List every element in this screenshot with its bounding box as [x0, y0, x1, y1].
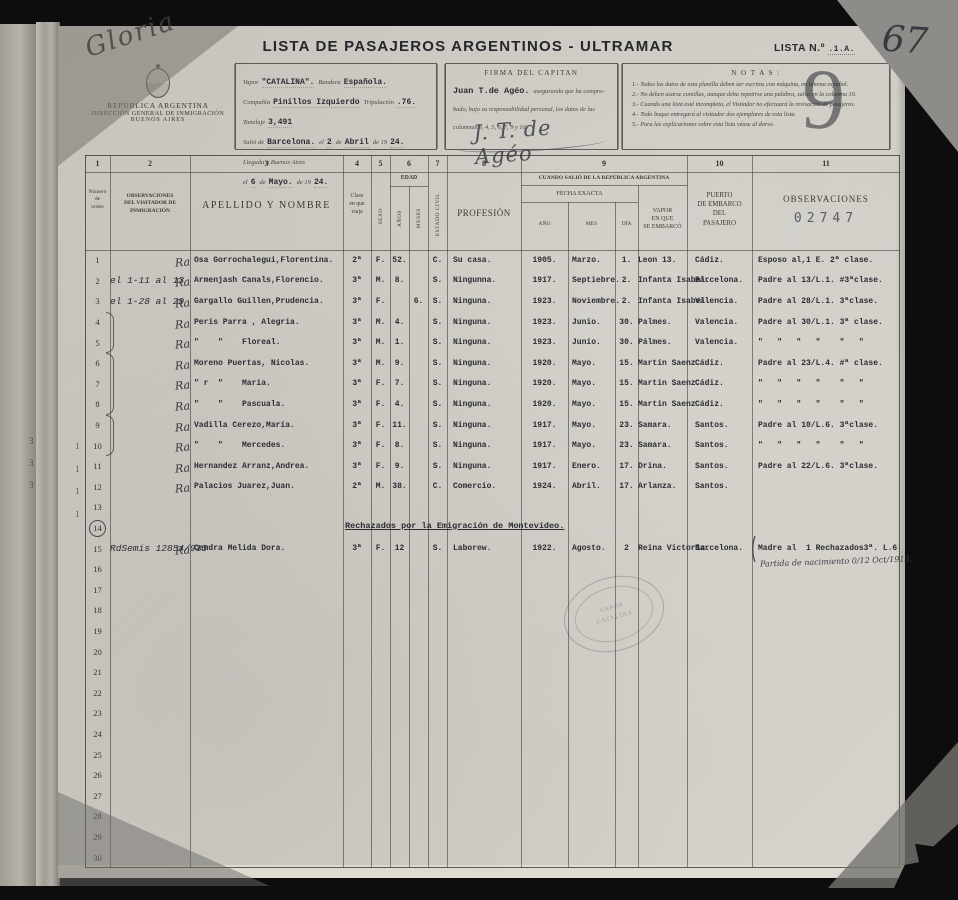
table-row: 17 — [85, 580, 900, 601]
passenger-name: RaArmenjash Canals,Florencio. — [190, 276, 343, 285]
table-row: 15RdSemis 12854/913RaCendra Melida Dora.… — [85, 538, 900, 559]
cell-anos: 9. — [390, 359, 409, 368]
header-estado: ESTADO CIVIL — [428, 183, 447, 247]
cell-observaciones: " " " " " " — [752, 379, 900, 388]
cell-mes: Enero. — [568, 462, 615, 471]
cell-clase: 3ª — [343, 400, 371, 409]
passenger-name-text: Cendra Melida Dora. — [194, 544, 285, 553]
cell-ano: 1923. — [521, 318, 568, 327]
cell-mes: Mayo. — [568, 359, 615, 368]
cell-anos: 1. — [390, 338, 409, 347]
cell-estado: S. — [428, 379, 447, 388]
table-row: 29 — [85, 827, 900, 848]
table-row: 12RaPalacios Juarez,Juan.2ªM.38.C.Comerc… — [85, 477, 900, 498]
cell-sexo: F. — [371, 421, 390, 430]
margin-digit: 3 — [29, 458, 34, 468]
visitador-mark: Ra — [174, 543, 190, 558]
cell-sexo: F. — [371, 379, 390, 388]
header-puerto: PUERTO DE EMBARCO DEL PASAJERO — [687, 191, 752, 228]
cell-dia: 2. — [615, 297, 638, 306]
cell-observaciones: " " " " " " — [752, 338, 900, 347]
cell-estado: S. — [428, 297, 447, 306]
col-number-5: 5 — [371, 159, 390, 168]
row-number-text: 26 — [93, 770, 102, 780]
cell-puerto: Santos. — [687, 421, 752, 430]
cell-anos: 12 — [390, 544, 409, 553]
row-number-text: 1 — [95, 255, 99, 265]
cell-dia: 1. — [615, 256, 638, 265]
book-binding — [36, 22, 60, 886]
row-number-text: 15 — [93, 544, 102, 554]
ship-info-line: Salió deBarcelona.el2deAbrilde 1924. — [243, 131, 429, 149]
margin-digit: 1 — [75, 486, 80, 496]
margin-digit: 1 — [75, 509, 80, 519]
cell-mes: Junio. — [568, 318, 615, 327]
table-row: 18 — [85, 600, 900, 621]
col-number-4: 4 — [343, 159, 371, 168]
header-edad: EDAD — [390, 175, 428, 183]
cell-sexo: F. — [371, 256, 390, 265]
cell-clase: 3ª — [343, 338, 371, 347]
header-anos: AÑOS — [390, 189, 409, 247]
header-fecha-exacta: FECHA EXACTA — [521, 190, 638, 198]
col-number-11: 11 — [752, 159, 900, 168]
table-row: 26 — [85, 765, 900, 786]
cell-vapor: Drina. — [638, 462, 687, 471]
cell-ano: 1920. — [521, 379, 568, 388]
row-number-text: 17 — [93, 585, 102, 595]
observaciones-text: " " " " " " — [758, 379, 864, 388]
cell-sexo: M. — [371, 276, 390, 285]
cell-mes: Noviembre. — [568, 297, 615, 306]
row-number: 14 — [85, 520, 110, 537]
cell-estado: S. — [428, 318, 447, 327]
row-number-text: 8 — [95, 399, 99, 409]
cell-mes: Mayo. — [568, 400, 615, 409]
table-row: 25 — [85, 744, 900, 765]
cell-anos: 7. — [390, 379, 409, 388]
ship-info-line: Tonelaje3,491 — [243, 111, 429, 129]
cell-mes: Junio. — [568, 338, 615, 347]
header-dia: DÍA — [615, 221, 638, 228]
col-number-1: 1 — [85, 159, 110, 168]
cell-puerto: Cádiz. — [687, 379, 752, 388]
ship-field-label: Tripulación — [364, 99, 394, 106]
table-row: 20 — [85, 641, 900, 662]
cell-clase: 3ª — [343, 318, 371, 327]
cell-profesion: Su casa. — [447, 256, 521, 265]
passenger-name: RaGargallo Guillen,Prudencia. — [190, 297, 343, 306]
cell-clase: 3ª — [343, 379, 371, 388]
row-number-text: 7 — [95, 379, 99, 389]
row-number-text: 9 — [95, 420, 99, 430]
cell-clase: 3ª — [343, 297, 371, 306]
cell-ano: 1920. — [521, 359, 568, 368]
cell-estado: S. — [428, 544, 447, 553]
cell-observaciones: Padre al 28/L.1. 3ªclase. — [752, 297, 900, 306]
cell-dia: 2. — [615, 276, 638, 285]
observaciones-text: " " " " " " — [758, 338, 864, 347]
visitador-mark: Ra — [174, 358, 190, 373]
ship-field-label: Salió de — [243, 139, 264, 146]
cell-observaciones: Padre al 13/L.1. #3ªclase. — [752, 276, 900, 285]
visitador-mark: Ra — [174, 461, 190, 476]
row-number: 16 — [85, 564, 110, 574]
header-observaciones: OBSERVACIONES — [752, 193, 900, 205]
row-number: 19 — [85, 626, 110, 636]
ship-info-box: Vapor"CATALINA".BanderaEspañola.Compañía… — [235, 63, 437, 150]
handwritten-page-number: 67 — [881, 18, 930, 62]
cell-anos: 8. — [390, 441, 409, 450]
cell-dia: 2 — [615, 544, 638, 553]
page-title: LISTA DE PASAJEROS ARGENTINOS - ULTRAMAR — [188, 38, 748, 55]
passenger-name-text: " r " Maria. — [194, 379, 271, 388]
table-row: 9RaVadilla Cerezo,María.3ªF.11.S.Ninguna… — [85, 415, 900, 436]
ship-field-label: Compañía — [243, 99, 270, 106]
ship-field-value: .76. — [397, 98, 416, 108]
row-number-text: 23 — [93, 708, 102, 718]
cell-observaciones: Padre al 30/L.1. 3ª clase. — [752, 318, 900, 327]
table-row: 27 — [85, 785, 900, 806]
table-row: 6RaMoreno Puertas, Nicolas.3ªM.9.S.Ningu… — [85, 353, 900, 374]
table-rows: 1RaOsa Gorrochalegui,Florentina.2ªF.52.C… — [85, 250, 900, 868]
table-row: 3el 1-28 al 29RaGargallo Guillen,Prudenc… — [85, 291, 900, 312]
family-group-bracket — [106, 415, 114, 456]
cell-vapor: Samara. — [638, 421, 687, 430]
cell-mes: Mayo. — [568, 421, 615, 430]
table-row: 14Rechazados por la Emigración de Montev… — [85, 518, 900, 539]
header-estado-text: ESTADO CIVIL — [435, 193, 441, 236]
cell-puerto: Cádiz. — [687, 256, 752, 265]
row-number-text: 25 — [93, 750, 102, 760]
visitador-mark: Ra — [174, 482, 190, 497]
cell-profesion: Ninguna. — [447, 441, 521, 450]
family-group-bracket — [106, 353, 114, 415]
cell-sexo: M. — [371, 318, 390, 327]
ship-field-value: 2 — [327, 138, 332, 148]
cell-sexo: M. — [371, 359, 390, 368]
cell-profesion: Ningunna. — [447, 276, 521, 285]
cell-vapor: Pálmes. — [638, 338, 687, 347]
cell-profesion: Ninguna. — [447, 359, 521, 368]
cell-estado: S. — [428, 338, 447, 347]
row-number: 23 — [85, 708, 110, 718]
cell-anos: 11. — [390, 421, 409, 430]
row-number-text: 27 — [93, 791, 102, 801]
cell-puerto: Santos. — [687, 441, 752, 450]
visitador-mark: Ra — [174, 255, 190, 270]
row-number-text: 18 — [93, 605, 102, 615]
row-number-text: 11 — [93, 461, 101, 471]
cell-estado: S. — [428, 359, 447, 368]
cell-sexo: F. — [371, 297, 390, 306]
table-row: 23 — [85, 703, 900, 724]
cell-dia: 30. — [615, 318, 638, 327]
row-number-text: 5 — [95, 338, 99, 348]
captain-name: Juan T.de Agéo. — [453, 86, 530, 96]
row-number: 1 — [85, 255, 110, 265]
col-number-7: 7 — [428, 159, 447, 168]
cell-ano: 1923. — [521, 338, 568, 347]
observaciones-text: Padre al 13/L.1. #3ªclase. — [758, 276, 883, 285]
cell-ano: 1917. — [521, 276, 568, 285]
cell-dia: 23. — [615, 421, 638, 430]
cell-estado: S. — [428, 421, 447, 430]
ship-field-label: el — [319, 139, 324, 146]
row-number-text: 2 — [95, 276, 99, 286]
scanned-passenger-list: LISTA DE PASAJEROS ARGENTINOS - ULTRAMAR… — [0, 0, 958, 900]
visitador-mark: Ra — [174, 296, 190, 311]
header-mes: MES — [568, 221, 615, 228]
row-number: 12 — [85, 482, 110, 492]
header-anos-text: AÑOS — [397, 210, 403, 227]
cell-puerto: Barcelona. — [687, 544, 752, 553]
cell-meses: 6. — [409, 297, 428, 306]
cell-vapor: Reina Victoria. — [638, 544, 687, 553]
cell-mes: Abril. — [568, 482, 615, 491]
table-row: 5Ra" " Floreal.3ªM.1.S.Ninguna.1923.Juni… — [85, 332, 900, 353]
passenger-name-text: Gargallo Guillen,Prudencia. — [194, 297, 324, 306]
cell-estado: S. — [428, 276, 447, 285]
ship-field-value: "CATALINA". — [262, 78, 315, 88]
cell-profesion: Ninguna. — [447, 379, 521, 388]
stamp-digit-nine: 9 — [801, 55, 847, 142]
cell-sexo: M. — [371, 338, 390, 347]
cell-observaciones: " " " " " " — [752, 441, 900, 450]
observaciones-text: Padre al 10/L.6. 3ªclase. — [758, 421, 878, 430]
previous-page-edge — [0, 24, 36, 886]
col-number-3: 3 — [190, 159, 343, 168]
col-number-6: 6 — [390, 159, 428, 168]
cell-sexo: M. — [371, 482, 390, 491]
observaciones-text: Madre al 1 Rechazados3ª. L.6 — [758, 544, 897, 553]
passenger-name-text: Palacios Juarez,Juan. — [194, 482, 295, 491]
table-row: 11RaHernandez Arranz,Andrea.3ªF.9.S.Ning… — [85, 456, 900, 477]
header-sexo-text: SEXO — [378, 208, 384, 224]
passenger-table: 1 2 3 4 5 6 7 8 9 10 11 Número de orden … — [85, 155, 900, 868]
table-row: 16 — [85, 559, 900, 580]
table-row: 24 — [85, 724, 900, 745]
cell-vapor: Samara. — [638, 441, 687, 450]
row-number: 18 — [85, 605, 110, 615]
margin-digit: 3 — [29, 480, 34, 490]
cell-puerto: Cádiz. — [687, 359, 752, 368]
col-number-8: 8 — [447, 159, 521, 168]
column-numbers-row: 1 2 3 4 5 6 7 8 9 10 11 — [85, 155, 900, 172]
cell-clase: 2ª — [343, 482, 371, 491]
table-row: 19 — [85, 621, 900, 642]
passenger-name-text: " " Pascuala. — [194, 400, 285, 409]
table-row: 21 — [85, 662, 900, 683]
header-apellido: APELLIDO Y NOMBRE — [190, 199, 343, 213]
cell-puerto: Santos. — [687, 482, 752, 491]
passenger-name: RaHernandez Arranz,Andrea. — [190, 462, 343, 471]
document-page: LISTA DE PASAJEROS ARGENTINOS - ULTRAMAR… — [58, 26, 905, 878]
visitador-mark: Ra — [174, 440, 190, 455]
passenger-name: Ra" " Pascuala. — [190, 400, 343, 409]
cell-puerto: Valencia. — [687, 318, 752, 327]
cell-puerto: Santos. — [687, 462, 752, 471]
row-number-text: 10 — [93, 441, 102, 451]
row-number-text: 16 — [93, 564, 102, 574]
ship-field-value: Barcelona. — [267, 138, 315, 148]
cell-vapor: Martin Saenz. — [638, 400, 687, 409]
cell-dia: 17. — [615, 482, 638, 491]
row-number: 3 — [85, 296, 110, 306]
ship-field-label: Tonelaje — [243, 119, 265, 126]
passenger-name-text: Osa Gorrochalegui,Florentina. — [194, 256, 333, 265]
table-row: 1RaOsa Gorrochalegui,Florentina.2ªF.52.C… — [85, 250, 900, 271]
ship-field-value: Abril — [345, 138, 369, 148]
row-number-text: 20 — [93, 647, 102, 657]
row-number: 15 — [85, 544, 110, 554]
header-vapor: VAPOR EN QUE SE EMBARCÓ — [638, 207, 687, 231]
row-number-text: 4 — [95, 317, 99, 327]
cell-ano: 1922. — [521, 544, 568, 553]
cell-anos: 4. — [390, 400, 409, 409]
table-row: 13 — [85, 497, 900, 518]
header-profesion: PROFESIÓN — [447, 207, 521, 219]
observaciones-text: Padre al 22/L.6. 3ªclase. — [758, 462, 878, 471]
cell-mes: Marzo. — [568, 256, 615, 265]
cell-mes: Mayo. — [568, 379, 615, 388]
observaciones-text: Esposo al,1 E. 2ª clase. — [758, 256, 873, 265]
table-row: 22 — [85, 682, 900, 703]
cell-observaciones: Padre al 22/L.6. 3ªclase. — [752, 462, 900, 471]
cell-anos: 8. — [390, 276, 409, 285]
passenger-name-text: Peris Parra , Alegria. — [194, 318, 300, 327]
margin-digit: 3 — [29, 436, 34, 446]
cell-clase: 3ª — [343, 462, 371, 471]
cell-dia: 30. — [615, 338, 638, 347]
ship-field-label: de — [336, 139, 342, 146]
captain-box-header: FIRMA DEL CAPITAN — [453, 69, 610, 77]
rejected-section-heading: Rechazados por la Emigración de Montevid… — [345, 521, 564, 531]
cell-vapor: Martin Saenz. — [638, 359, 687, 368]
row-number-text: 21 — [93, 667, 102, 677]
cell-profesion: Comercio. — [447, 482, 521, 491]
row-number: 20 — [85, 647, 110, 657]
observaciones-text: " " " " " " — [758, 400, 864, 409]
row-number-text: 24 — [93, 729, 102, 739]
cell-clase: 3ª — [343, 421, 371, 430]
cell-profesion: Ninguna. — [447, 400, 521, 409]
visitador-mark: Ra — [174, 276, 190, 291]
cell-puerto: Valencia. — [687, 297, 752, 306]
passenger-name-text: " " Floreal. — [194, 338, 280, 347]
passenger-name: Ra" " Floreal. — [190, 338, 343, 347]
passenger-name: RaMoreno Puertas, Nicolas. — [190, 359, 343, 368]
cell-ano: 1917. — [521, 441, 568, 450]
observaciones-text: " " " " " " — [758, 441, 864, 450]
cell-anos: 4. — [390, 318, 409, 327]
visitador-mark: Ra — [174, 379, 190, 394]
row-number: 26 — [85, 770, 110, 780]
cell-estado: S. — [428, 462, 447, 471]
family-group-bracket — [106, 312, 114, 353]
cell-observaciones: Esposo al,1 E. 2ª clase. — [752, 256, 900, 265]
ship-info-line: CompañíaPinillos IzquierdoTripulación.76… — [243, 91, 429, 109]
cell-estado: C. — [428, 256, 447, 265]
row-number: 24 — [85, 729, 110, 739]
row-number: 2 — [85, 276, 110, 286]
row-number: 27 — [85, 791, 110, 801]
ship-field-label: Vapor — [243, 79, 259, 86]
header-cuando-salio: CUANDO SALIÓ DE LA REPÚBLICA ARGENTINA — [521, 175, 687, 183]
table-row: 2el 1-11 al 13RaArmenjash Canals,Florenc… — [85, 271, 900, 292]
margin-digit: 1 — [75, 441, 80, 451]
cell-vapor: Leon 13. — [638, 256, 687, 265]
header-sexo: SEXO — [371, 185, 390, 247]
header-meses-text: MESES — [416, 208, 422, 228]
row-number-text: 19 — [93, 626, 102, 636]
cell-ano: 1920. — [521, 400, 568, 409]
cell-profesion: Ninguna. — [447, 297, 521, 306]
cell-mes: Septiebre. — [568, 276, 615, 285]
visitador-mark: Ra — [174, 420, 190, 435]
ship-field-value: 24. — [390, 138, 404, 148]
passenger-name-text: Armenjash Canals,Florencio. — [194, 276, 324, 285]
passenger-name: RaCendra Melida Dora. — [190, 544, 343, 553]
cell-observaciones: (Madre al 1 Rechazados3ª. L.6Partida de … — [752, 544, 900, 553]
cell-dia: 15. — [615, 359, 638, 368]
visitador-mark: Ra — [174, 317, 190, 332]
cell-profesion: Ninguna. — [447, 338, 521, 347]
header-visitador: OBSERVACIONES DEL VISITADOR DE INMIGRACI… — [110, 193, 190, 215]
notas-box: N O T A S : 1.- Todos los datos de esta … — [622, 63, 890, 150]
table-row: 28 — [85, 806, 900, 827]
passenger-name-text: " " Mercedes. — [194, 441, 285, 450]
passenger-name: RaOsa Gorrochalegui,Florentina. — [190, 256, 343, 265]
cell-observaciones: Padre al 10/L.6. 3ªclase. — [752, 421, 900, 430]
row-number: 17 — [85, 585, 110, 595]
cell-profesion: Ninguna. — [447, 421, 521, 430]
cell-ano: 1924. — [521, 482, 568, 491]
cell-clase: 3ª — [343, 359, 371, 368]
observaciones-text: Padre al 28/L.1. 3ªclase. — [758, 297, 878, 306]
row-number-text: 3 — [95, 296, 99, 306]
cell-vapor: Infanta Isabel. — [638, 297, 687, 306]
passenger-name-text: Hernandez Arranz,Andrea. — [194, 462, 309, 471]
cell-observaciones: " " " " " " — [752, 400, 900, 409]
passenger-name: Ra" " Mercedes. — [190, 441, 343, 450]
cell-dia: 15. — [615, 379, 638, 388]
visitador-mark: Ra — [174, 399, 190, 414]
cell-clase: 2ª — [343, 256, 371, 265]
cell-clase: 3ª — [343, 441, 371, 450]
col-number-9: 9 — [521, 159, 687, 168]
row-number-text: 12 — [93, 482, 102, 492]
cell-ano: 1917. — [521, 462, 568, 471]
passenger-name-text: Moreno Puertas, Nicolas. — [194, 359, 309, 368]
table-row: 4RaPeris Parra , Alegria.3ªM.4.S.Ninguna… — [85, 312, 900, 333]
row-number-text: 14 — [89, 520, 106, 537]
cell-mes: Agosto. — [568, 544, 615, 553]
ship-field-value: Española. — [344, 78, 387, 88]
header-ano: AÑO — [521, 221, 568, 228]
passenger-name: Ra" r " Maria. — [190, 379, 343, 388]
observaciones-text: Padre al 23/L.4. #ª clase. — [758, 359, 883, 368]
row-number: 11 — [85, 461, 110, 471]
cell-puerto: Barcelona. — [687, 276, 752, 285]
row-number: 25 — [85, 750, 110, 760]
passenger-name: RaPeris Parra , Alegria. — [190, 318, 343, 327]
col-number-2: 2 — [110, 159, 190, 168]
cell-dia: 17. — [615, 462, 638, 471]
ship-field-label: de 19 — [373, 139, 387, 146]
cell-anos: 52. — [390, 256, 409, 265]
cell-sexo: F. — [371, 441, 390, 450]
